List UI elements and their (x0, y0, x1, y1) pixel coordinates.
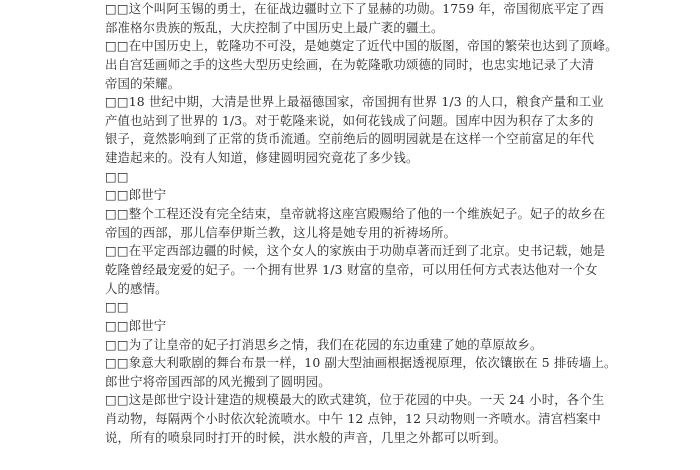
text-line: 乾隆曾经最宠爱的妃子。一个拥有世界 1/3 财富的皇帝，可以用任何方式表达他对一… (105, 261, 605, 280)
text-line: □□ (105, 168, 605, 187)
document-body: □□这个叫阿玉锡的勇士，在征战边疆时立下了显赫的功勋。1759 年，帝国彻底平定… (105, 0, 605, 447)
text-line: 建造起来的。没有人知道，修建圆明园究竟花了多少钱。 (105, 149, 605, 168)
text-line: □□这个叫阿玉锡的勇士，在征战边疆时立下了显赫的功勋。1759 年，帝国彻底平定… (105, 0, 605, 19)
text-line: 郎世宁将帝国西部的风光搬到了圆明园。 (105, 373, 605, 392)
text-line: □□整个工程还没有完全结束，皇帝就将这座宫殿赐给了他的一个维族妃子。妃子的故乡在 (105, 205, 605, 224)
text-line: □□象意大利歌剧的舞台布景一样，10 副大型油画根据透视原理，依次镶嵌在 5 排… (105, 354, 605, 373)
section-heading: □□郎世宁 (105, 186, 605, 205)
text-line: 人的感情。 (105, 280, 605, 299)
text-line: 部准格尔贵族的叛乱，大庆控制了中国历史上最广袤的疆土。 (105, 19, 605, 38)
text-line: □□18 世纪中期，大清是世界上最福德国家，帝国拥有世界 1/3 的人口，粮食产… (105, 93, 605, 112)
text-line: □□为了让皇帝的妃子打消思乡之情，我们在花园的东边重建了她的草原故乡。 (105, 336, 605, 355)
text-line: □□ (105, 298, 605, 317)
text-line: 帝国的西部，那儿信奉伊斯兰教，这儿将是她专用的祈祷场所。 (105, 224, 605, 243)
text-line: 产值也站到了世界的 1/3。对于乾隆来说，如何花钱成了问题。国库中因为积存了太多… (105, 112, 605, 131)
text-line: 出自宫廷画师之手的这些大型历史绘画，在为乾隆歌功颂德的同时，也忠实地记录了大清 (105, 56, 605, 75)
text-line: □□这是郎世宁设计建造的规模最大的欧式建筑，位于花园的中央。一天 24 小时，各… (105, 391, 605, 410)
text-line: 肖动物，每隔两个小时依次轮流喷水。中午 12 点钟，12 只动物则一齐喷水。清宫… (105, 410, 605, 429)
text-line: 说，所有的喷泉同时打开的时候，洪水般的声音，几里之外都可以听到。 (105, 429, 605, 448)
text-line: 帝国的荣耀。 (105, 75, 605, 94)
text-line: 银子，竟然影响到了正常的货币流通。空前绝后的圆明园就是在这样一个空前富足的年代 (105, 130, 605, 149)
text-line: □□在平定西部边疆的时候，这个女人的家族由于功勋卓著而迁到了北京。史书记载，她是 (105, 242, 605, 261)
section-heading: □□郎世宁 (105, 317, 605, 336)
text-line: □□在中国历史上，乾隆功不可没，是她奠定了近代中国的版图，帝国的繁荣也达到了顶峰… (105, 37, 605, 56)
